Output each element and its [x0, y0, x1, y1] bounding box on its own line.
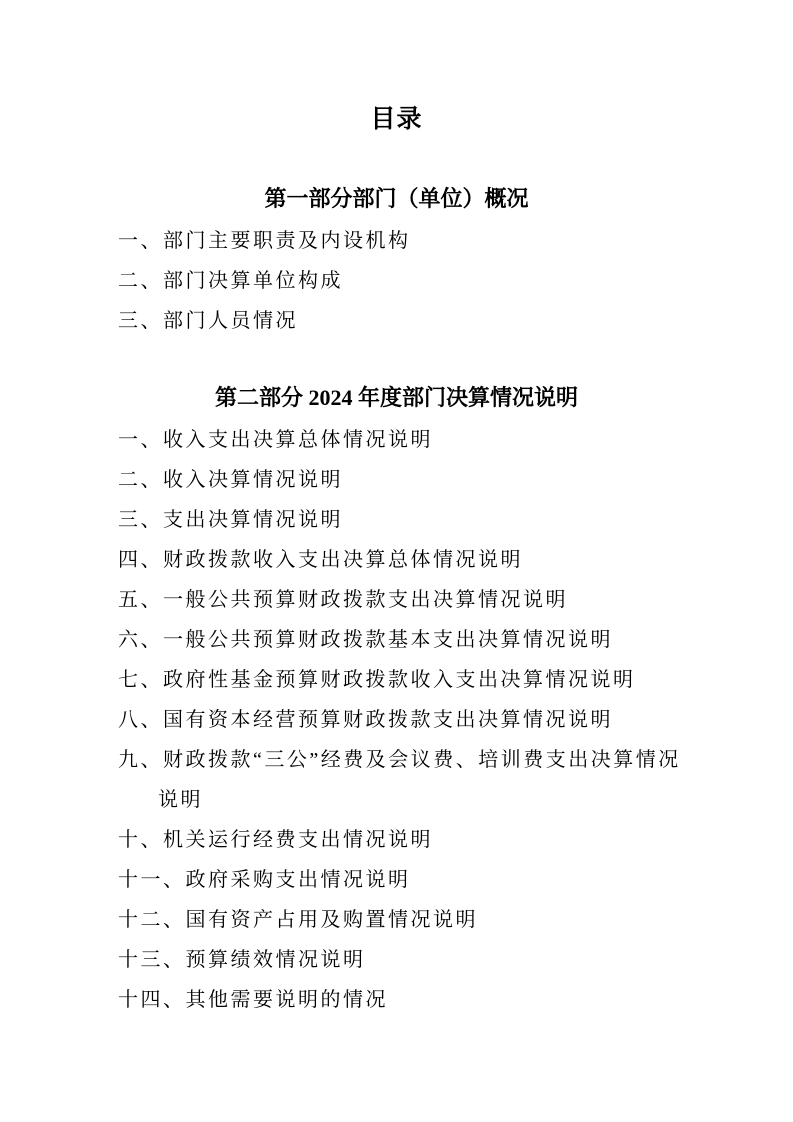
toc-item: 七、政府性基金预算财政拨款收入支出决算情况说明: [118, 667, 713, 693]
document-page: 目录 第一部分部门（单位）概况 一、部门主要职责及内设机构 二、部门决算单位构成…: [0, 0, 793, 1122]
toc-item: 一、收入支出决算总体情况说明: [118, 427, 713, 453]
toc-item: 六、一般公共预算财政拨款基本支出决算情况说明: [118, 627, 713, 653]
toc-item: 二、部门决算单位构成: [118, 268, 713, 294]
toc-item: 十二、国有资产占用及购置情况说明: [118, 907, 713, 933]
section-2-toc-list: 一、收入支出决算总体情况说明 二、收入决算情况说明 三、支出决算情况说明 四、财…: [0, 427, 793, 1013]
toc-item: 十、机关运行经费支出情况说明: [118, 827, 713, 853]
toc-item: 四、财政拨款收入支出决算总体情况说明: [118, 547, 713, 573]
page-title: 目录: [0, 103, 793, 135]
section-2-heading: 第二部分 2024 年度部门决算情况说明: [0, 384, 793, 412]
toc-item: 三、部门人员情况: [118, 308, 713, 334]
toc-item: 一、部门主要职责及内设机构: [118, 228, 713, 254]
toc-item: 十一、政府采购支出情况说明: [118, 867, 713, 893]
toc-item: 二、收入决算情况说明: [118, 467, 713, 493]
toc-item-continuation: 说明: [118, 787, 713, 813]
toc-item: 五、一般公共预算财政拨款支出决算情况说明: [118, 587, 713, 613]
toc-item: 九、财政拨款“三公”经费及会议费、培训费支出决算情况: [118, 747, 713, 773]
toc-item: 十三、预算绩效情况说明: [118, 947, 713, 973]
toc-item: 八、国有资本经营预算财政拨款支出决算情况说明: [118, 707, 713, 733]
toc-item: 十四、其他需要说明的情况: [118, 987, 713, 1013]
section-1-heading: 第一部分部门（单位）概况: [0, 185, 793, 213]
toc-item: 三、支出决算情况说明: [118, 507, 713, 533]
section-1-toc-list: 一、部门主要职责及内设机构 二、部门决算单位构成 三、部门人员情况: [0, 228, 793, 334]
